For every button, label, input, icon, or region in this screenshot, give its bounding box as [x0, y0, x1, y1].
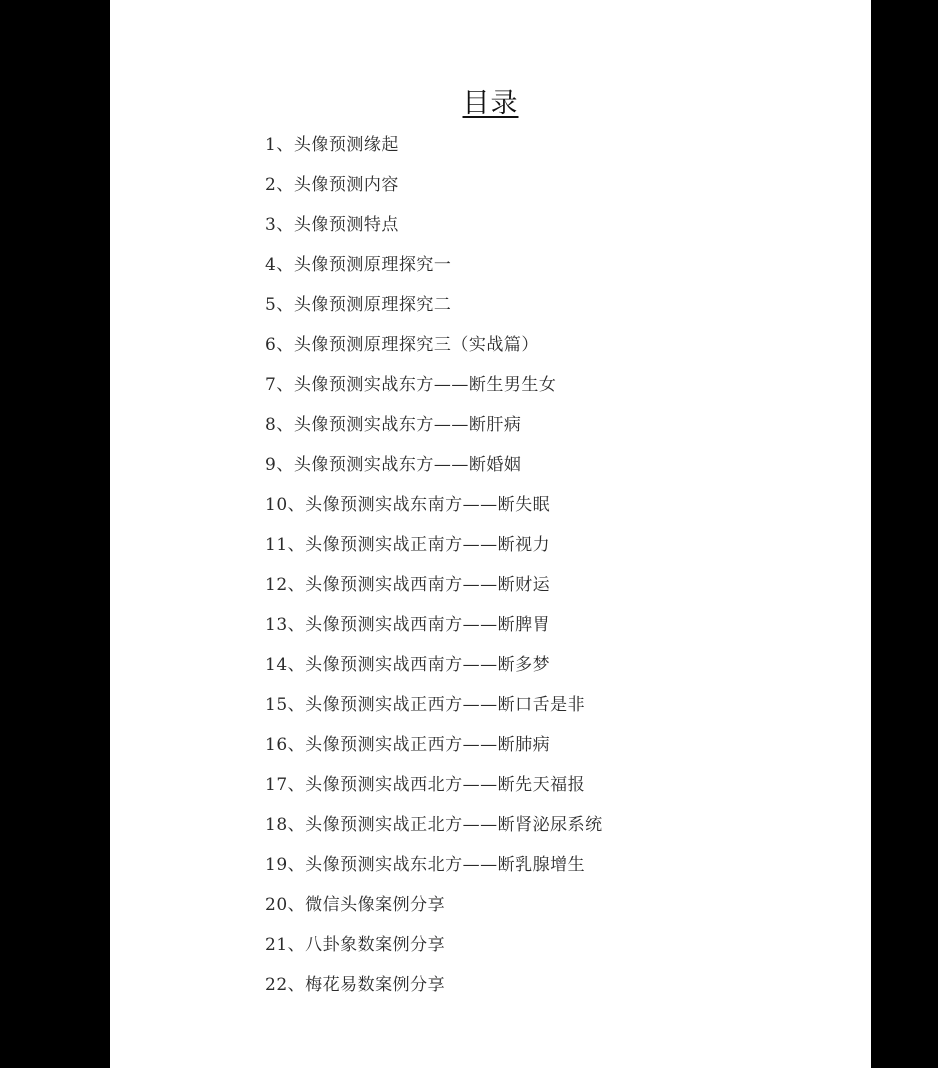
toc-item: 1、头像预测缘起 — [265, 131, 603, 171]
toc-item: 19、头像预测实战东北方——断乳腺增生 — [265, 851, 603, 891]
toc-item: 11、头像预测实战正南方——断视力 — [265, 531, 603, 571]
document-page: 目录 1、头像预测缘起 2、头像预测内容 3、头像预测特点 4、头像预测原理探究… — [110, 0, 871, 1068]
toc-item: 14、头像预测实战西南方——断多梦 — [265, 651, 603, 691]
toc-item: 10、头像预测实战东南方——断失眠 — [265, 491, 603, 531]
toc-item: 21、八卦象数案例分享 — [265, 931, 603, 971]
toc-item: 7、头像预测实战东方——断生男生女 — [265, 371, 603, 411]
toc-item: 22、梅花易数案例分享 — [265, 971, 603, 1011]
toc-item: 13、头像预测实战西南方——断脾胃 — [265, 611, 603, 651]
page-title: 目录 — [110, 84, 871, 124]
toc-item: 12、头像预测实战西南方——断财运 — [265, 571, 603, 611]
toc-item: 9、头像预测实战东方——断婚姻 — [265, 451, 603, 491]
toc-item: 6、头像预测原理探究三（实战篇） — [265, 331, 603, 371]
toc-item: 5、头像预测原理探究二 — [265, 291, 603, 331]
toc-item: 2、头像预测内容 — [265, 171, 603, 211]
toc-item: 3、头像预测特点 — [265, 211, 603, 251]
page-title-text: 目录 — [463, 88, 519, 119]
toc-item: 15、头像预测实战正西方——断口舌是非 — [265, 691, 603, 731]
toc-item: 4、头像预测原理探究一 — [265, 251, 603, 291]
toc-item: 8、头像预测实战东方——断肝病 — [265, 411, 603, 451]
toc-item: 20、微信头像案例分享 — [265, 891, 603, 931]
table-of-contents: 1、头像预测缘起 2、头像预测内容 3、头像预测特点 4、头像预测原理探究一 5… — [265, 131, 603, 1011]
toc-item: 18、头像预测实战正北方——断肾泌尿系统 — [265, 811, 603, 851]
toc-item: 16、头像预测实战正西方——断肺病 — [265, 731, 603, 771]
toc-item: 17、头像预测实战西北方——断先天福报 — [265, 771, 603, 811]
